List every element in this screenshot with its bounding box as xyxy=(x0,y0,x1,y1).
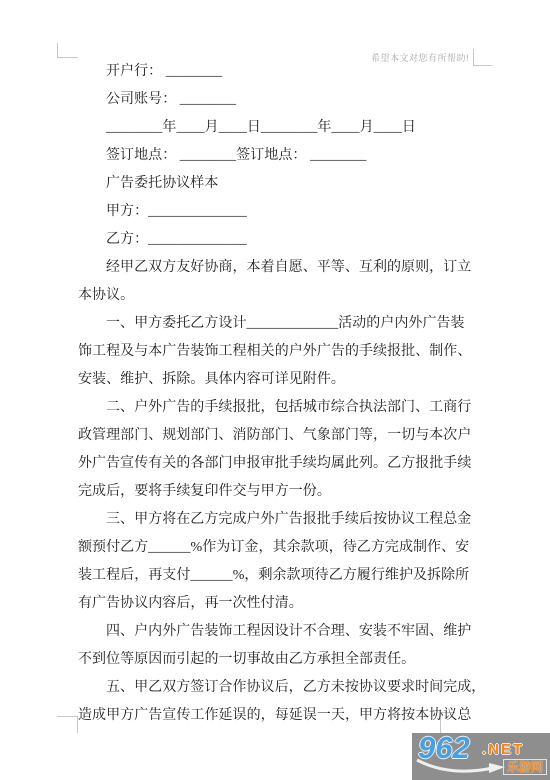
text-line: 外广告宣传有关的各部门申报审批手续均属此列。乙方报批手续 xyxy=(78,450,482,478)
text-line: 经甲乙双方友好协商，本着自愿、平等、互利的原则，订立 xyxy=(78,254,482,282)
text-line: 二、户外广告的手续报批，包括城市综合执法部门、工商行 xyxy=(78,394,482,422)
text-line: 乙方：______________ xyxy=(78,226,482,254)
text-line: 五、甲乙双方签订合作协议后，乙方未按协议要求时间完成， xyxy=(78,674,482,702)
text-line: 政管理部门、规划部门、消防部门、气象部门等，一切与本次户 xyxy=(78,422,482,450)
text-line: 甲方：______________ xyxy=(78,198,482,226)
text-line: 造成甲方广告宣传工作延误的，每延误一天，甲方将按本协议总 xyxy=(78,702,482,730)
text-line: 三、甲方将在乙方完成户外广告报批手续后按协议工程总金 xyxy=(78,506,482,534)
text-line: 有广告协议内容后，再一次性付清。 xyxy=(78,590,482,618)
logo-number-text: 962 xyxy=(418,729,470,767)
text-line: 饰工程及与本广告装饰工程相关的户外广告的手续报批、制作、 xyxy=(78,338,482,366)
site-logo-badge: 962 .NET 乐游网 xyxy=(412,733,550,780)
logo-site-name: 乐游网 xyxy=(503,759,547,775)
text-line: 完成后，要将手续复印件交与甲方一份。 xyxy=(78,478,482,506)
text-line: 公司账号： ________ xyxy=(78,86,482,114)
text-line: 不到位等原因而引起的一切事故由乙方承担全部责任。 xyxy=(78,646,482,674)
document-body: 开户行： ________公司账号： ________________年____… xyxy=(78,58,482,730)
text-line: 四、户内外广告装饰工程因设计不合理、安装不牢固、维护 xyxy=(78,618,482,646)
text-line: 装工程后，再支付______%，剩余款项待乙方履行维护及拆除所 xyxy=(78,562,482,590)
text-boundary-mark-bottom-left xyxy=(57,716,78,733)
text-line: 签订地点： ________签订地点： ________ xyxy=(78,142,482,170)
text-line: 安装、维护、拆除。具体内容可详见附件。 xyxy=(78,366,482,394)
text-line: 本协议。 xyxy=(78,282,482,310)
text-line: 广告委托协议样本 xyxy=(78,170,482,198)
logo-domain-text: .NET xyxy=(482,741,524,758)
text-line: 额预付乙方______%作为订金，其余款项，待乙方完成制作、安 xyxy=(78,534,482,562)
text-line: 一、甲方委托乙方设计_____________活动的户内外广告装 xyxy=(78,310,482,338)
text-boundary-mark-top-left xyxy=(57,43,78,58)
text-line: 开户行： ________ xyxy=(78,58,482,86)
text-line: ________年____月____日________年____月____日 xyxy=(78,114,482,142)
